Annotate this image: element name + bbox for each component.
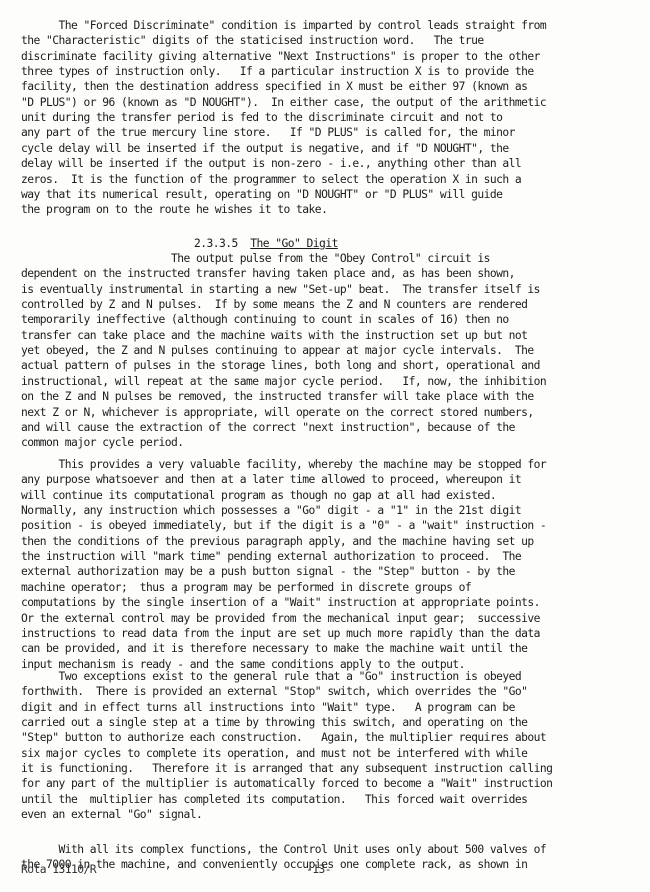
text-line: any purpose whatsoever and then at a lat… xyxy=(21,473,521,486)
document-page: The "Forced Discriminate" condition is i… xyxy=(0,0,650,892)
text-line: the program on to the route he wishes it… xyxy=(21,203,327,216)
text-line: for any part of the multiplier is automa… xyxy=(21,777,552,790)
text-line: cycle delay will be inserted if the outp… xyxy=(21,142,509,155)
text-line: "Step" button to authorize each construc… xyxy=(21,731,546,744)
text-line: and will cause the extraction of the cor… xyxy=(21,421,515,434)
text-line: six major cycles to complete its operati… xyxy=(21,747,527,760)
text-line: next Z or N, whichever is appropriate, w… xyxy=(21,406,534,419)
text-line: digit and in effect turns all instructio… xyxy=(21,701,515,714)
text-line: even an external "Go" signal. xyxy=(21,808,202,821)
page-number: -13- xyxy=(306,863,331,876)
text-line: then the conditions of the previous para… xyxy=(21,535,534,548)
text-line: the "Characteristic" digits of the stati… xyxy=(21,34,484,47)
text-line: dependent on the instructed transfer hav… xyxy=(21,267,515,280)
text-line: computations by the single insertion of … xyxy=(21,596,540,609)
text-line: With all its complex functions, the Cont… xyxy=(21,843,546,856)
text-line: the instruction will "mark time" pending… xyxy=(21,550,521,563)
text-line: Normally, any instruction which possesse… xyxy=(21,504,521,517)
text-line: yet obeyed, the Z and N pulses continuin… xyxy=(21,344,534,357)
text-line: until the multiplier has completed its c… xyxy=(21,793,527,806)
text-line: Two exceptions exist to the general rule… xyxy=(21,670,521,683)
text-line: instructions to read data from the input… xyxy=(21,627,540,640)
text-line: carried out a single step at a time by t… xyxy=(21,716,527,729)
text-line: input mechanism is ready - and the same … xyxy=(21,658,465,671)
text-line: temporarily ineffective (although contin… xyxy=(21,313,509,326)
section-number: 2.3.3.5 xyxy=(194,237,238,250)
text-line: instructional, will repeat at the same m… xyxy=(21,375,546,388)
text-line: "D PLUS") or 96 (known as "D NOUGHT"). I… xyxy=(21,96,546,109)
text-line: it is functioning. Therefore it is arran… xyxy=(21,762,552,775)
text-line: transfer can take place and the machine … xyxy=(21,329,527,342)
text-line: delay will be inserted if the output is … xyxy=(21,157,521,170)
text-line: facility, then the destination address s… xyxy=(21,80,527,93)
text-line: external authorization may be a push but… xyxy=(21,565,515,578)
text-line: zeros. It is the function of the program… xyxy=(21,173,521,186)
text-line: unit during the transfer period is fed t… xyxy=(21,111,502,124)
text-line: the 7000 in the machine, and convenientl… xyxy=(21,858,527,871)
text-line: Or the external control may be provided … xyxy=(21,612,540,625)
text-line: position - is obeyed immediately, but if… xyxy=(21,519,546,532)
document-reference: Rota 13110/R xyxy=(21,863,96,876)
text-line: three types of instruction only. If a pa… xyxy=(21,65,534,78)
text-line: actual pattern of pulses in the storage … xyxy=(21,359,540,372)
text-line: The "Forced Discriminate" condition is i… xyxy=(21,19,546,32)
text-line: controlled by Z and N pulses. If by some… xyxy=(21,298,527,311)
text-line: will continue its computational program … xyxy=(21,489,496,502)
text-line: on the Z and N pulses be removed, the in… xyxy=(21,390,534,403)
text-line: discriminate facility giving alternative… xyxy=(21,50,540,63)
text-line: any part of the true mercury line store.… xyxy=(21,126,515,139)
text-line: is eventually instrumental in starting a… xyxy=(21,283,540,296)
text-line: This provides a very valuable facility, … xyxy=(21,458,546,471)
text-line: The output pulse from the "Obey Control"… xyxy=(21,252,490,265)
text-line: can be provided, and it is therefore nec… xyxy=(21,642,527,655)
text-line: machine operator; thus a program may be … xyxy=(21,581,471,594)
section-title: The "Go" Digit xyxy=(250,237,338,250)
text-line: way that its numerical result, operating… xyxy=(21,188,502,201)
text-line: common major cycle period. xyxy=(21,436,184,449)
text-line: forthwith. There is provided an external… xyxy=(21,685,527,698)
